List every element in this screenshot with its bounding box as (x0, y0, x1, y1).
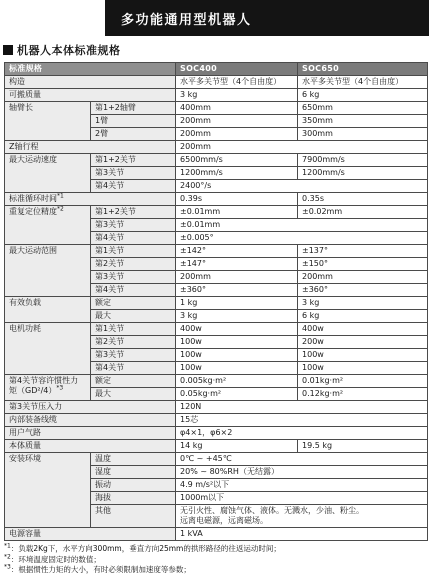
table-row: 标准循环时间*10.39s0.35s (5, 193, 428, 206)
spec-value: 20% ~ 80%RH（无结露） (176, 466, 428, 479)
spec-value: 1000m以下 (176, 492, 428, 505)
spec-label: 湿度 (91, 466, 176, 479)
spec-label: 重复定位精度*2 (5, 206, 91, 245)
spec-label: 第2关节 (91, 258, 176, 271)
spec-label: 最大 (91, 310, 176, 323)
spec-value: 6 kg (298, 89, 428, 102)
spec-label: 构造 (5, 76, 176, 89)
column-header-spec: 标准规格 (5, 63, 176, 76)
spec-label: 第1+2轴臂 (91, 102, 176, 115)
spec-label: 振动 (91, 479, 176, 492)
spec-value: 300mm (298, 128, 428, 141)
spec-value: 7900mm/s (298, 154, 428, 167)
footnote-marker: *1 (57, 193, 64, 200)
spec-label: 第1关节 (91, 323, 176, 336)
spec-label: 电源容量 (5, 528, 176, 541)
spec-value: 400w (298, 323, 428, 336)
table-row: 重复定位精度*2第1+2关节±0.01mm±0.02mm (5, 206, 428, 219)
spec-value: ±137° (298, 245, 428, 258)
spec-value: ±150° (298, 258, 428, 271)
spec-label: 第2关节 (91, 336, 176, 349)
spec-label: 标准循环时间*1 (5, 193, 176, 206)
table-row: 电机功耗第1关节400w400w (5, 323, 428, 336)
spec-label: 第3关节 (91, 271, 176, 284)
spec-value: 0.35s (298, 193, 428, 206)
table-row: 最大运动范围第1关节±142°±137° (5, 245, 428, 258)
spec-label: 第3关节压入力 (5, 401, 176, 414)
spec-value: 200mm (298, 271, 428, 284)
spec-value: 1 kg (176, 297, 298, 310)
spec-table-body: 构造水平多关节型（4个自由度）水平多关节型（4个自由度）可搬质量3 kg6 kg… (5, 76, 428, 541)
spec-value: ±0.01mm (176, 206, 298, 219)
spec-label: 第1+2关节 (91, 206, 176, 219)
footnote-item: *3：根据惯性力矩的大小，有时必须限制加速度等参数； (4, 565, 429, 576)
spec-value: 400w (176, 323, 298, 336)
spec-value: 0℃ ~ +45℃ (176, 453, 428, 466)
spec-value: 350mm (298, 115, 428, 128)
footnote-item: *1：负载2Kg下，水平方向300mm，垂直方向25mm的拱形路径的往返运动时间… (4, 544, 429, 555)
column-header-soc650: SOC650 (298, 63, 428, 76)
spec-label: 第4关节 (91, 284, 176, 297)
spec-value: 3 kg (298, 297, 428, 310)
table-row: 第4关节容许惯性力矩（GD²/4）*3额定0.005kg·m²0.01kg·m² (5, 375, 428, 388)
spec-value: 水平多关节型（4个自由度） (298, 76, 428, 89)
spec-label: Z轴行程 (5, 141, 176, 154)
spec-value: 6 kg (298, 310, 428, 323)
table-row: 内部装备线缆15芯 (5, 414, 428, 427)
spec-value: 1200mm/s (176, 167, 298, 180)
column-header-soc400: SOC400 (176, 63, 298, 76)
spec-value: 1 kVA (176, 528, 428, 541)
spec-value: 3 kg (176, 89, 298, 102)
table-header-row: 标准规格 SOC400 SOC650 (5, 63, 428, 76)
spec-value: 0.12kg·m² (298, 388, 428, 401)
footnote-marker: *3 (4, 564, 11, 571)
spec-label: 海拔 (91, 492, 176, 505)
spec-value: 0.005kg·m² (176, 375, 298, 388)
spec-label: 最大 (91, 388, 176, 401)
spec-label: 有效负载 (5, 297, 91, 323)
title-banner: 多功能通用型机器人 (105, 0, 429, 36)
spec-value: 200mm (176, 141, 428, 154)
spec-value: 100w (298, 362, 428, 375)
table-row: Z轴行程200mm (5, 141, 428, 154)
spec-value: 650mm (298, 102, 428, 115)
spec-value: 水平多关节型（4个自由度） (176, 76, 298, 89)
spec-value: 3 kg (176, 310, 298, 323)
section-header: 机器人本体标准规格 (3, 42, 429, 58)
footnote-marker: *3 (56, 384, 63, 391)
spec-value: ±142° (176, 245, 298, 258)
spec-value: ±0.005° (176, 232, 428, 245)
spec-value: 1200mm/s (298, 167, 428, 180)
spec-label: 第4关节容许惯性力矩（GD²/4）*3 (5, 375, 91, 401)
spec-value: 无引火性、腐蚀气体、液体。无溅水，少油、粉尘。远离电磁源，远离磁场。 (176, 505, 428, 528)
spec-value: 15芯 (176, 414, 428, 427)
spec-value: 400mm (176, 102, 298, 115)
spec-value: 0.39s (176, 193, 298, 206)
footnote-item: *2：环境温度固定时的数值； (4, 555, 429, 566)
spec-value: 0.05kg·m² (176, 388, 298, 401)
spec-label: 额定 (91, 375, 176, 388)
spec-label: 最大运动范围 (5, 245, 91, 297)
spec-label: 内部装备线缆 (5, 414, 176, 427)
spec-label: 本体质量 (5, 440, 176, 453)
spec-label: 第1+2关节 (91, 154, 176, 167)
spec-value: 200mm (176, 271, 298, 284)
spec-value: ±360° (176, 284, 298, 297)
spec-value: 200w (298, 336, 428, 349)
spec-label: 电机功耗 (5, 323, 91, 375)
table-row: 有效负载额定1 kg3 kg (5, 297, 428, 310)
spec-label: 2臂 (91, 128, 176, 141)
footnote-marker: *2 (57, 206, 64, 213)
spec-value: 2400°/s (176, 180, 428, 193)
spec-value: 200mm (176, 128, 298, 141)
footnote-marker: *2 (4, 553, 11, 560)
table-row: 用户气路φ4×1，φ6×2 (5, 427, 428, 440)
spec-label: 第3关节 (91, 167, 176, 180)
spec-value: 19.5 kg (298, 440, 428, 453)
section-title: 机器人本体标准规格 (17, 42, 121, 58)
spec-value: ±147° (176, 258, 298, 271)
spec-label: 第3关节 (91, 349, 176, 362)
spec-label: 额定 (91, 297, 176, 310)
spec-value: 100w (176, 336, 298, 349)
page-title: 多功能通用型机器人 (105, 9, 252, 28)
spec-label: 轴臂长 (5, 102, 91, 141)
spec-label: 安装环境 (5, 453, 91, 528)
spec-label: 第4关节 (91, 362, 176, 375)
spec-value: ±0.01mm (176, 219, 428, 232)
spec-label: 最大运动速度 (5, 154, 91, 193)
table-row: 第3关节压入力120N (5, 401, 428, 414)
table-row: 构造水平多关节型（4个自由度）水平多关节型（4个自由度） (5, 76, 428, 89)
spec-label: 第4关节 (91, 232, 176, 245)
spec-value: 0.01kg·m² (298, 375, 428, 388)
spec-label: 1臂 (91, 115, 176, 128)
spec-value: 100w (176, 349, 298, 362)
spec-label: 第4关节 (91, 180, 176, 193)
spec-value: 14 kg (176, 440, 298, 453)
spec-table: 标准规格 SOC400 SOC650 构造水平多关节型（4个自由度）水平多关节型… (4, 62, 428, 541)
table-row: 本体质量14 kg19.5 kg (5, 440, 428, 453)
spec-value: φ4×1，φ6×2 (176, 427, 428, 440)
footnote-marker: *1 (4, 543, 11, 550)
spec-label: 第3关节 (91, 219, 176, 232)
spec-label: 温度 (91, 453, 176, 466)
table-row: 电源容量1 kVA (5, 528, 428, 541)
spec-label: 可搬质量 (5, 89, 176, 102)
spec-value: 120N (176, 401, 428, 414)
table-row: 可搬质量3 kg6 kg (5, 89, 428, 102)
footnotes: *1：负载2Kg下，水平方向300mm，垂直方向25mm的拱形路径的往返运动时间… (4, 544, 429, 576)
spec-value: 100w (298, 349, 428, 362)
table-row: 安装环境温度0℃ ~ +45℃ (5, 453, 428, 466)
spec-label: 其他 (91, 505, 176, 528)
spec-label: 第1关节 (91, 245, 176, 258)
table-row: 最大运动速度第1+2关节6500mm/s7900mm/s (5, 154, 428, 167)
spec-label: 用户气路 (5, 427, 176, 440)
table-row: 轴臂长第1+2轴臂400mm650mm (5, 102, 428, 115)
spec-value: 200mm (176, 115, 298, 128)
spec-value: ±360° (298, 284, 428, 297)
section-marker-icon (3, 45, 13, 55)
spec-value: 6500mm/s (176, 154, 298, 167)
spec-value: 100w (176, 362, 298, 375)
spec-value: ±0.02mm (298, 206, 428, 219)
spec-value: 4.9 m/s²以下 (176, 479, 428, 492)
